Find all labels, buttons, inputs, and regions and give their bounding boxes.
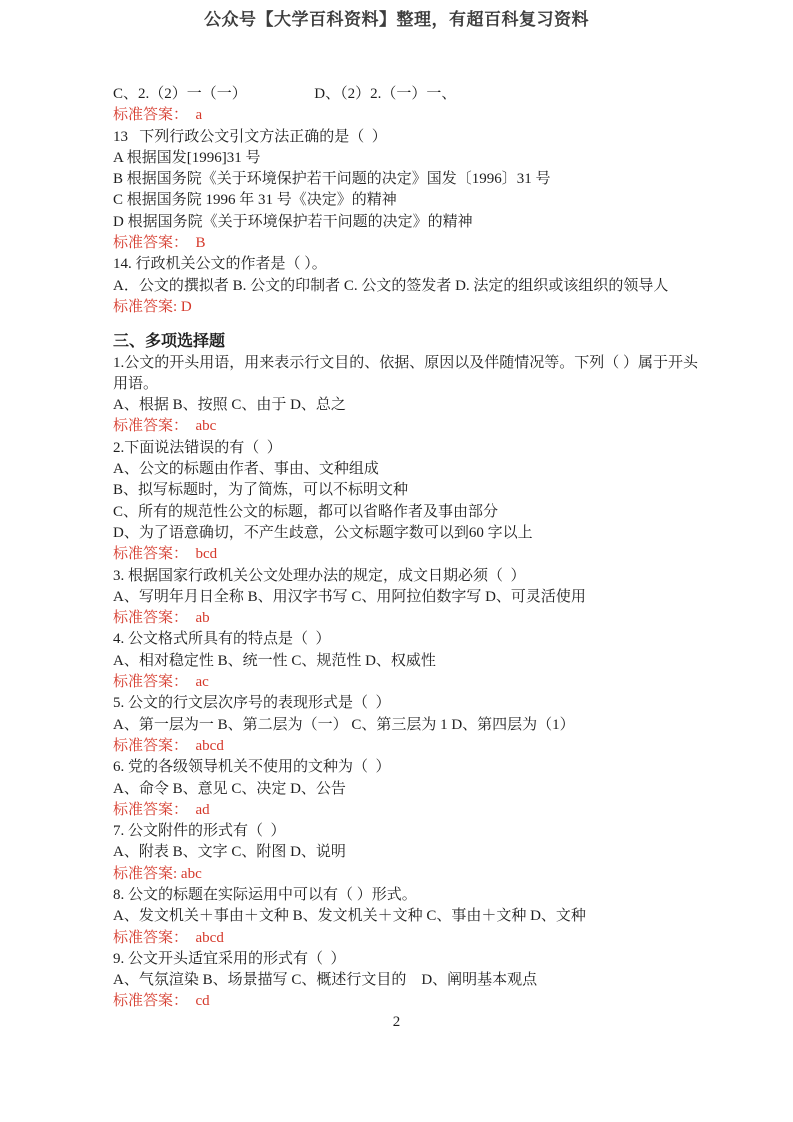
text-line: 3. 根据国家行政机关公文处理办法的规定，成文日期必须（ ）	[113, 566, 738, 587]
answer-line: 标准答案: D	[113, 297, 738, 318]
text-line: 9. 公文开头适宜采用的形式有（ ）	[113, 949, 738, 970]
answer-line: 标准答案： abcd	[113, 736, 738, 757]
text-line: 7. 公文附件的形式有（ ）	[113, 821, 738, 842]
answer-line: 标准答案: abc	[113, 864, 738, 885]
page-number: 2	[0, 1014, 793, 1031]
text-line: 6. 党的各级领导机关不使用的文种为（ ）	[113, 757, 738, 778]
answer-line: 标准答案： ac	[113, 672, 738, 693]
text-line: A、根据 B、按照 C、由于 D、总之	[113, 395, 738, 416]
text-line: C 根据国务院 1996 年 31 号《决定》的精神	[113, 190, 738, 211]
text-line: B、拟写标题时，为了简炼，可以不标明文种	[113, 480, 738, 501]
text-line: C、2.（2）一（一） D、（2）2.（一）一、	[113, 84, 738, 105]
text-line: B 根据国务院《关于环境保护若干问题的决定》国发〔1996〕31 号	[113, 169, 738, 190]
text-line: 1.公文的开头用语，用来表示行文目的、依据、原因以及伴随情况等。下列（ ）属于开…	[113, 353, 738, 374]
answer-line: 标准答案： a	[113, 105, 738, 126]
text-line: A、写明年月日全称 B、用汉字书写 C、用阿拉伯数字写 D、可灵活使用	[113, 587, 738, 608]
text-line: A、相对稳定性 B、统一性 C、规范性 D、权威性	[113, 651, 738, 672]
document-page: 公众号【大学百科资料】整理，有超百科复习资料 C、2.（2）一（一） D、（2）…	[0, 0, 793, 1122]
text-line: D 根据国务院《关于环境保护若干问题的决定》的精神	[113, 212, 738, 233]
section-heading: 三、多项选择题	[113, 331, 738, 352]
text-line: 5. 公文的行文层次序号的表现形式是（ ）	[113, 693, 738, 714]
watermark-title: 公众号【大学百科资料】整理，有超百科复习资料	[0, 0, 793, 31]
answer-line: 标准答案： ad	[113, 800, 738, 821]
text-line: C、所有的规范性公文的标题，都可以省略作者及事由部分	[113, 502, 738, 523]
document-body: C、2.（2）一（一） D、（2）2.（一）一、标准答案： a13 下列行政公文…	[113, 84, 738, 1013]
text-line: A、发文机关＋事由＋文种 B、发文机关＋文种 C、事由＋文种 D、文种	[113, 906, 738, 927]
text-line: 13 下列行政公文引文方法正确的是（ ）	[113, 127, 738, 148]
text-line: A、附表 B、文字 C、附图 D、说明	[113, 842, 738, 863]
line-spacer	[113, 318, 738, 331]
text-line: A、命令 B、意见 C、决定 D、公告	[113, 779, 738, 800]
text-line: 用语。	[113, 374, 738, 395]
answer-line: 标准答案： abcd	[113, 928, 738, 949]
text-line: A．公文的撰拟者 B. 公文的印制者 C. 公文的签发者 D. 法定的组织或该组…	[113, 276, 738, 297]
answer-line: 标准答案： cd	[113, 991, 738, 1012]
answer-line: 标准答案： B	[113, 233, 738, 254]
text-line: A、公文的标题由作者、事由、文种组成	[113, 459, 738, 480]
text-line: 2.下面说法错误的有（ ）	[113, 438, 738, 459]
text-line: A 根据国发[1996]31 号	[113, 148, 738, 169]
text-line: 14. 行政机关公文的作者是（ ）。	[113, 254, 738, 275]
answer-line: 标准答案： abc	[113, 416, 738, 437]
text-line: 8. 公文的标题在实际运用中可以有（ ）形式。	[113, 885, 738, 906]
answer-line: 标准答案： ab	[113, 608, 738, 629]
text-line: D、为了语意确切，不产生歧意，公文标题字数可以到60 字以上	[113, 523, 738, 544]
text-line: A、第一层为一 B、第二层为（一） C、第三层为 1 D、第四层为（1）	[113, 715, 738, 736]
text-line: A、气氛渲染 B、场景描写 C、概述行文目的 D、阐明基本观点	[113, 970, 738, 991]
answer-line: 标准答案： bcd	[113, 544, 738, 565]
text-line: 4. 公文格式所具有的特点是（ ）	[113, 629, 738, 650]
